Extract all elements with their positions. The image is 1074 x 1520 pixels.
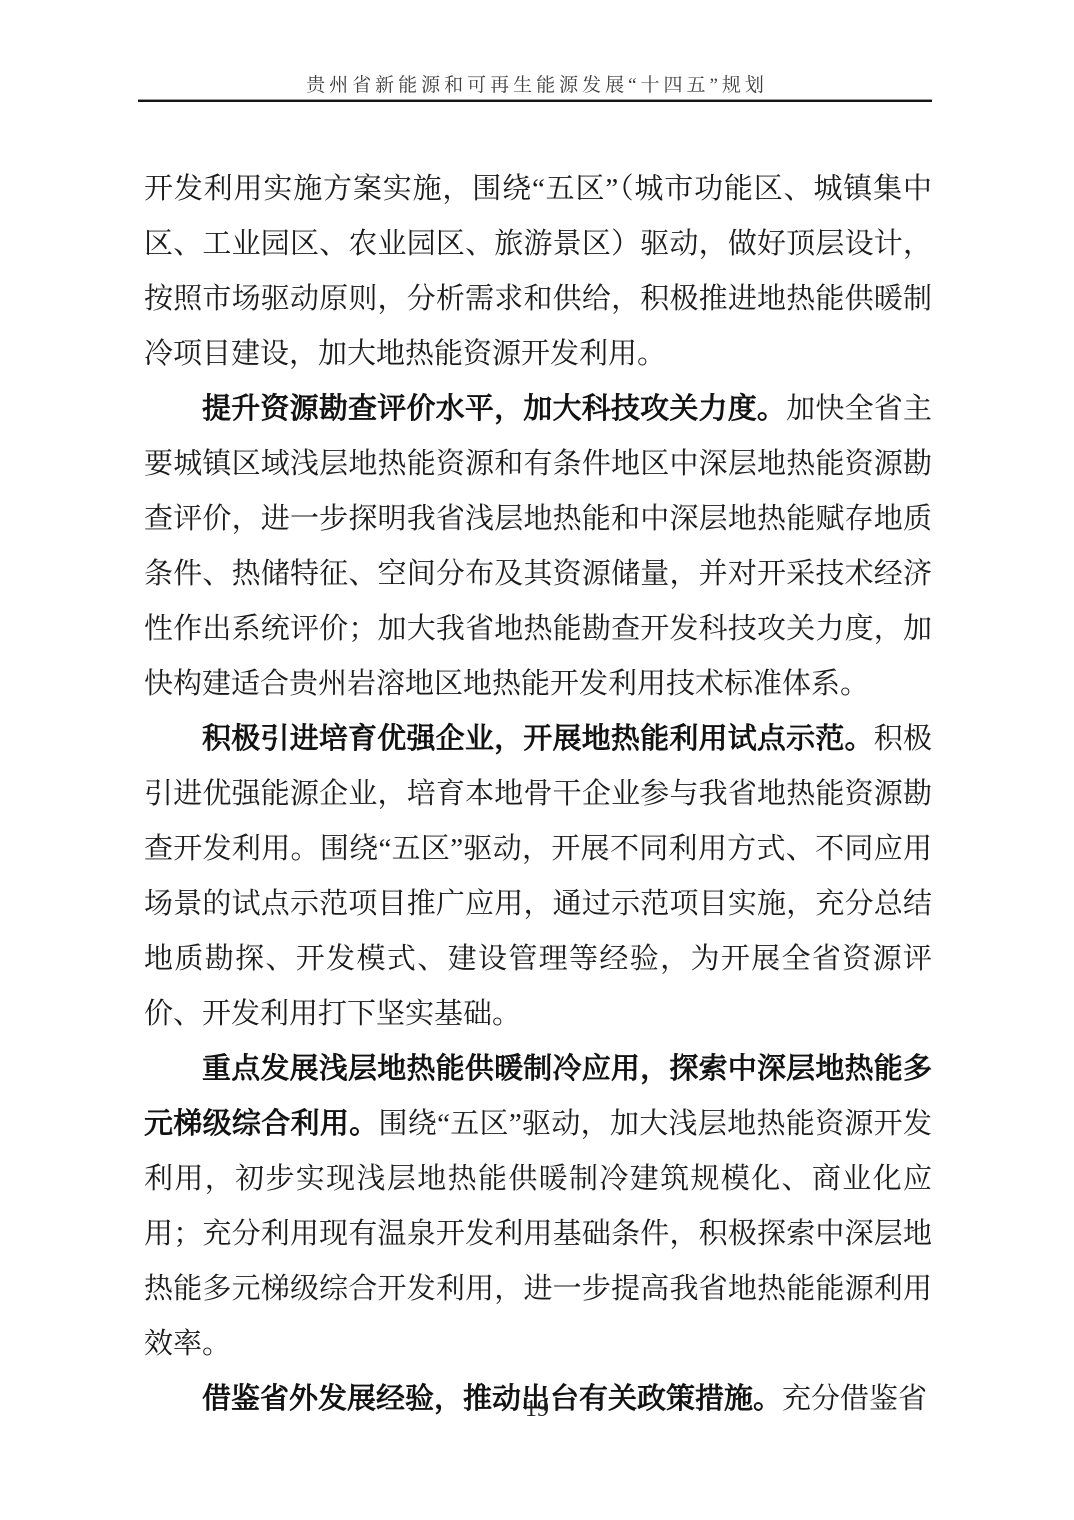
paragraph-text: 开发利用实施方案实施，围绕“五区”（城市功能区、城镇集中区、工业园区、农业园区、… <box>144 173 932 370</box>
paragraph-lead: 积极引进培育优强企业，开展地热能利用试点示范。 <box>202 723 874 755</box>
paragraph-text: 围绕“五区”驱动，加大浅层地热能资源开发利用，初步实现浅层地热能供暖制冷建筑规模… <box>144 1108 932 1360</box>
page-number: 19 <box>0 1396 1074 1423</box>
document-body: 开发利用实施方案实施，围绕“五区”（城市功能区、城镇集中区、工业园区、农业园区、… <box>144 162 932 1427</box>
paragraph: 开发利用实施方案实施，围绕“五区”（城市功能区、城镇集中区、工业园区、农业园区、… <box>144 162 932 382</box>
paragraph-lead: 提升资源勘查评价水平，加大科技攻关力度。 <box>202 393 786 425</box>
paragraph: 积极引进培育优强企业，开展地热能利用试点示范。积极引进优强能源企业，培育本地骨干… <box>144 712 932 1042</box>
paragraph-text: 积极引进优强能源企业，培育本地骨干企业参与我省地热能资源勘查开发利用。围绕“五区… <box>144 723 932 1030</box>
document-page: 贵州省新能源和可再生能源发展“十四五”规划 开发利用实施方案实施，围绕“五区”（… <box>0 0 1074 1520</box>
header-divider-rule <box>138 99 932 102</box>
paragraph-text: 加快全省主要城镇区域浅层地热能资源和有条件地区中深层地热能资源勘查评价，进一步探… <box>144 393 932 700</box>
paragraph: 提升资源勘查评价水平，加大科技攻关力度。加快全省主要城镇区域浅层地热能资源和有条… <box>144 382 932 712</box>
page-header-title: 贵州省新能源和可再生能源发展“十四五”规划 <box>0 70 1074 97</box>
paragraph: 重点发展浅层地热能供暖制冷应用，探索中深层地热能多元梯级综合利用。围绕“五区”驱… <box>144 1042 932 1372</box>
